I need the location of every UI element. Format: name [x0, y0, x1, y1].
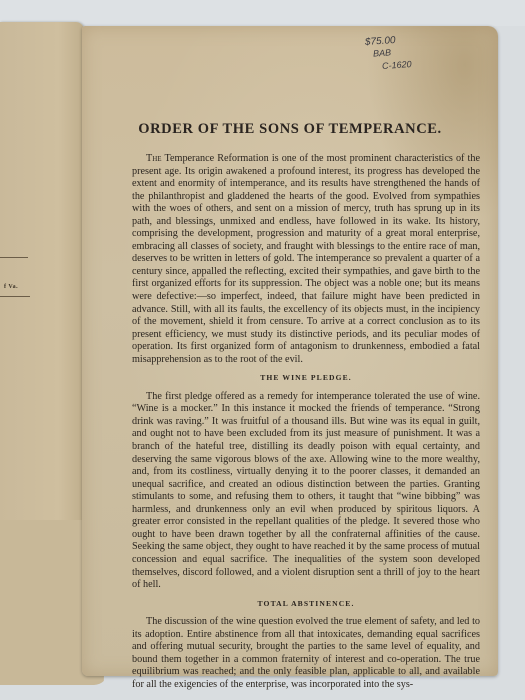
pencil-price-annotation: $75.00: [365, 36, 396, 48]
pencil-code-annotation: BAB: [373, 47, 392, 58]
lead-word: The: [146, 153, 162, 164]
pencil-catalog-annotation: C-1620: [382, 59, 412, 71]
intro-paragraph: The Temperance Reformation is one of the…: [132, 153, 480, 366]
left-page-rule: [0, 296, 30, 297]
document-body: The Temperance Reformation is one of the…: [132, 153, 480, 691]
intro-text: Temperance Reformation is one of the mos…: [132, 153, 480, 365]
section-heading-total-abstinence: TOTAL ABSTINENCE.: [132, 598, 480, 611]
page-title: ORDER OF THE SONS OF TEMPERANCE.: [82, 121, 498, 138]
left-page-rule: [0, 257, 28, 258]
total-abstinence-paragraph: The discussion of the wine question evol…: [132, 616, 480, 691]
section-heading-wine-pledge: THE WINE PLEDGE.: [132, 372, 480, 385]
document-page: $75.00 BAB C-1620 ORDER OF THE SONS OF T…: [82, 26, 498, 676]
wine-pledge-paragraph: The first pledge offered as a remedy for…: [132, 391, 480, 592]
left-page-fragment-text: f Va.: [4, 284, 18, 290]
